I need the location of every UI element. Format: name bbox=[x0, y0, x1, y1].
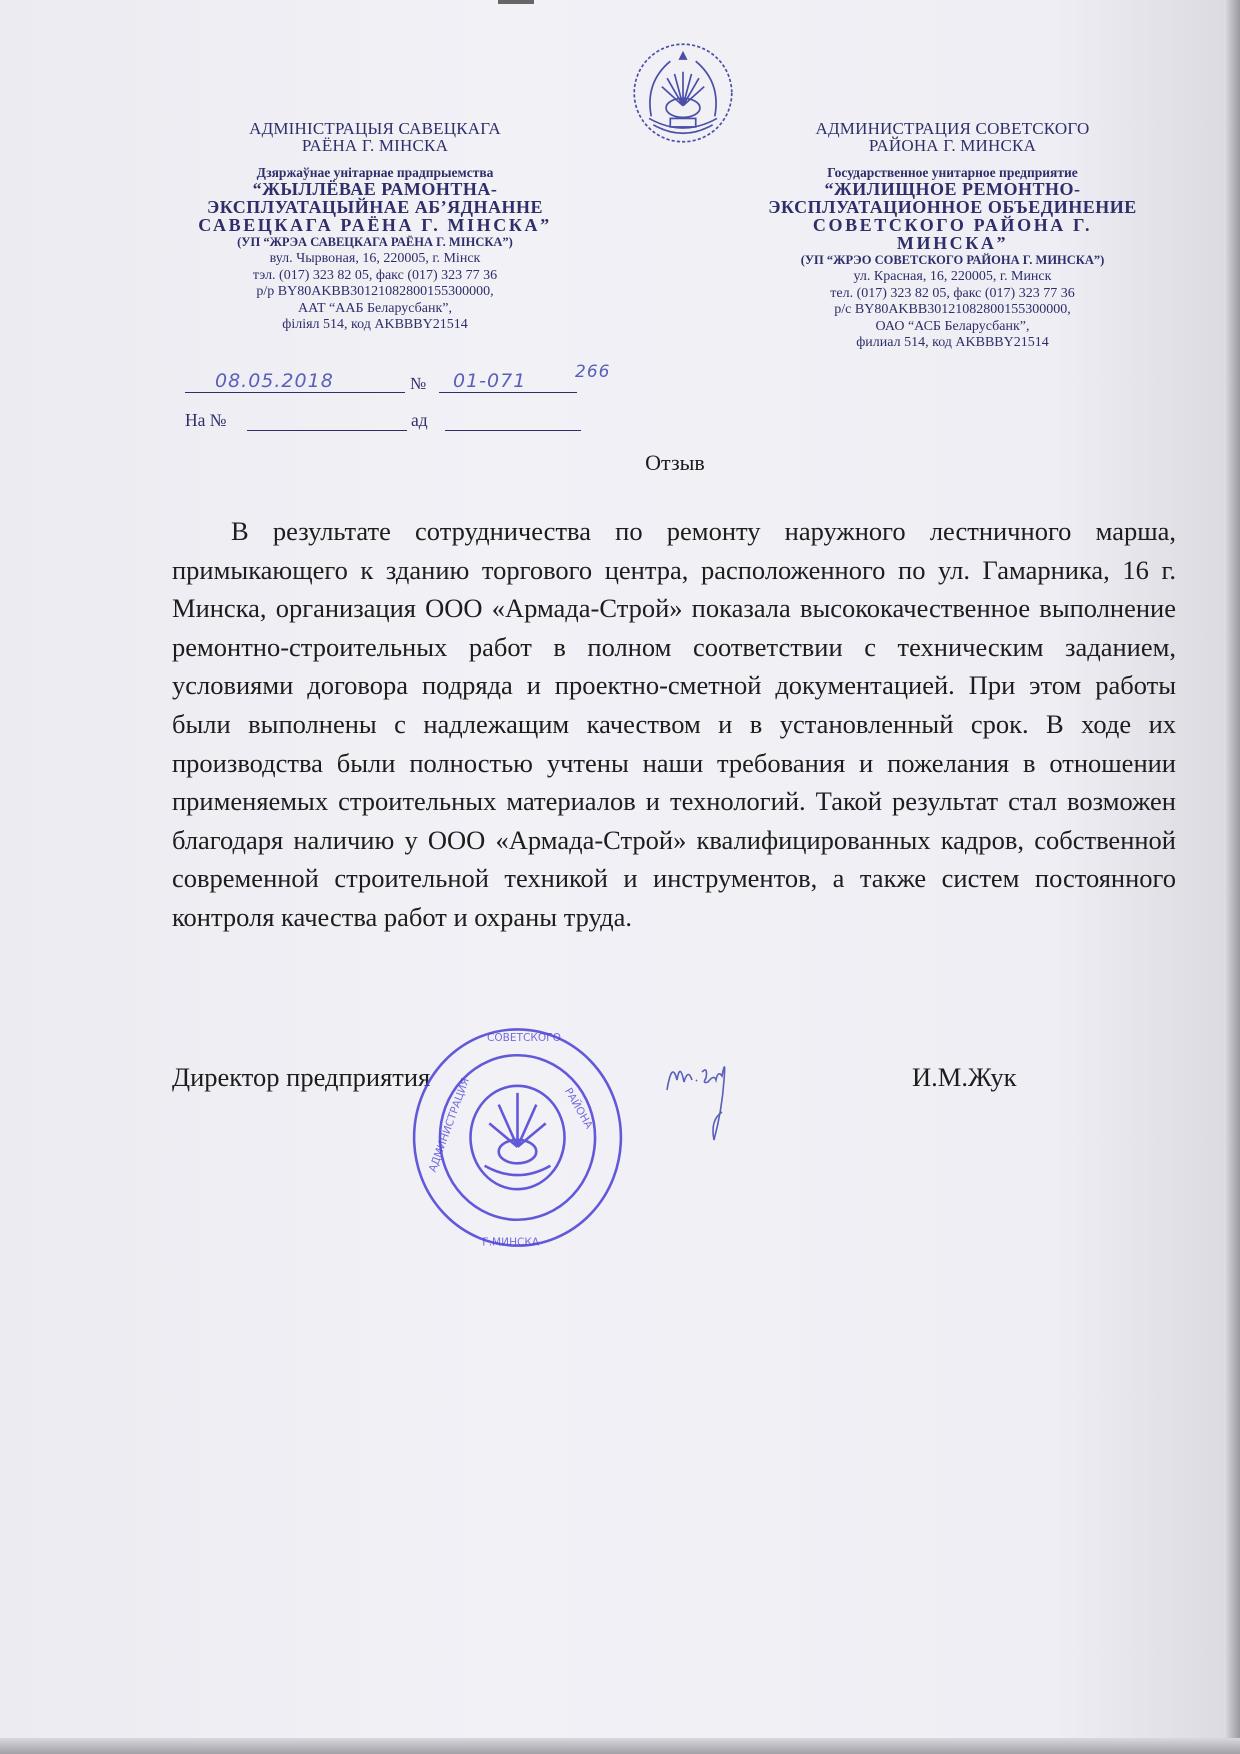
reply-number-label: На № bbox=[185, 410, 226, 430]
svg-text:СОВЕТСКОГО: СОВЕТСКОГО bbox=[487, 1032, 561, 1044]
admin-name-line-1: АДМІНІСТРАЦЫЯ САВЕЦКАГА bbox=[170, 120, 580, 137]
admin-name-line-2: РАЙОНА Г. МИНСКА bbox=[755, 137, 1150, 154]
enterprise-kind: Дзяржаўнае унітарнае прадпрыемства bbox=[170, 166, 580, 180]
letterhead-belarusian: АДМІНІСТРАЦЫЯ САВЕЦКАГА РАЁНА Г. МІНСКА … bbox=[170, 120, 580, 333]
org-name-line-1: “ЖИЛИЩНОЕ РЕМОНТНО- bbox=[755, 180, 1150, 198]
org-name-line-2: ЭКСПЛУАТАЦЫЙНАЕ АБ’ЯДНАННЕ bbox=[170, 198, 580, 216]
org-name-line-2: ЭКСПЛУАТАЦИОННОЕ ОБЪЕДИНЕНИЕ bbox=[755, 198, 1150, 216]
reply-number-underline bbox=[247, 430, 407, 431]
handwritten-signature bbox=[662, 1050, 742, 1145]
org-short-name: (УП “ЖРЭА САВЕЦКАГА РАЁНА Г. МІНСКА”) bbox=[170, 234, 580, 250]
handwritten-number-suffix: 266 bbox=[575, 362, 610, 382]
branch-line: філіял 514, код AKBBBY21514 bbox=[170, 318, 580, 333]
reply-reference-line: На № ад bbox=[185, 410, 585, 436]
address-line: вул. Чырвоная, 16, 220005, г. Мінск bbox=[170, 252, 580, 267]
document-body: В результате сотрудничества по ремонту н… bbox=[172, 512, 1176, 937]
enterprise-kind: Государственное унитарное предприятие bbox=[755, 166, 1150, 180]
registration-line: 08.05.2018 № 01-071 266 bbox=[185, 370, 665, 400]
org-name-line-3: САВЕЦКАГА РАЁНА Г. МІНСКА” bbox=[170, 216, 580, 234]
org-name-line-3: СОВЕТСКОГО РАЙОНА Г. МИНСКА” bbox=[755, 216, 1150, 252]
signer-position: Директор предприятия bbox=[172, 1062, 430, 1093]
scanned-page: АДМІНІСТРАЦЫЯ САВЕЦКАГА РАЁНА Г. МІНСКА … bbox=[0, 0, 1240, 1754]
handwritten-number: 01-071 bbox=[453, 370, 526, 392]
svg-text:Г.МИНСКА: Г.МИНСКА bbox=[482, 1237, 540, 1249]
reply-date-label: ад bbox=[411, 410, 428, 431]
admin-name-line-2: РАЁНА Г. МІНСКА bbox=[170, 137, 580, 154]
scan-edge-bottom bbox=[0, 1738, 1240, 1754]
official-seal-icon: СОВЕТСКОГО РАЙОНА АДМИНИСТРАЦИЯ Г.МИНСКА bbox=[400, 1020, 635, 1255]
letterhead-russian: АДМИНИСТРАЦИЯ СОВЕТСКОГО РАЙОНА Г. МИНСК… bbox=[755, 120, 1150, 351]
document-title: Отзыв bbox=[0, 450, 1240, 476]
address-line: ул. Красная, 16, 220005, г. Минск bbox=[755, 270, 1150, 285]
number-underline bbox=[439, 392, 577, 393]
phone-line: тэл. (017) 323 82 05, факс (017) 323 77 … bbox=[170, 269, 580, 284]
reply-date-underline bbox=[445, 430, 581, 431]
signer-name: И.М.Жук bbox=[912, 1062, 1017, 1093]
date-underline bbox=[185, 392, 405, 393]
handwritten-date: 08.05.2018 bbox=[215, 370, 334, 392]
org-short-name: (УП “ЖРЭО СОВЕТСКОГО РАЙОНА Г. МИНСКА”) bbox=[755, 252, 1150, 268]
account-line: р/с BY80AKBB30121082800155300000, bbox=[755, 303, 1150, 318]
org-name-line-1: “ЖЫЛЛЁВАЕ РАМОНТНА- bbox=[170, 180, 580, 198]
bank-line: ААТ “ААБ Беларусбанк”, bbox=[170, 302, 580, 317]
svg-text:АДМИНИСТРАЦИЯ: АДМИНИСТРАЦИЯ bbox=[427, 1076, 472, 1173]
state-emblem-icon bbox=[630, 40, 736, 146]
scan-mark bbox=[498, 0, 534, 4]
scan-edge-right bbox=[1226, 0, 1240, 1754]
bank-line: ОАО “АСБ Беларусбанк”, bbox=[755, 320, 1150, 335]
branch-line: филиал 514, код AKBBBY21514 bbox=[755, 336, 1150, 351]
phone-line: тел. (017) 323 82 05, факс (017) 323 77 … bbox=[755, 287, 1150, 302]
admin-name-line-1: АДМИНИСТРАЦИЯ СОВЕТСКОГО bbox=[755, 120, 1150, 137]
account-line: р/р BY80AKBB30121082800155300000, bbox=[170, 285, 580, 300]
number-label: № bbox=[410, 374, 426, 394]
